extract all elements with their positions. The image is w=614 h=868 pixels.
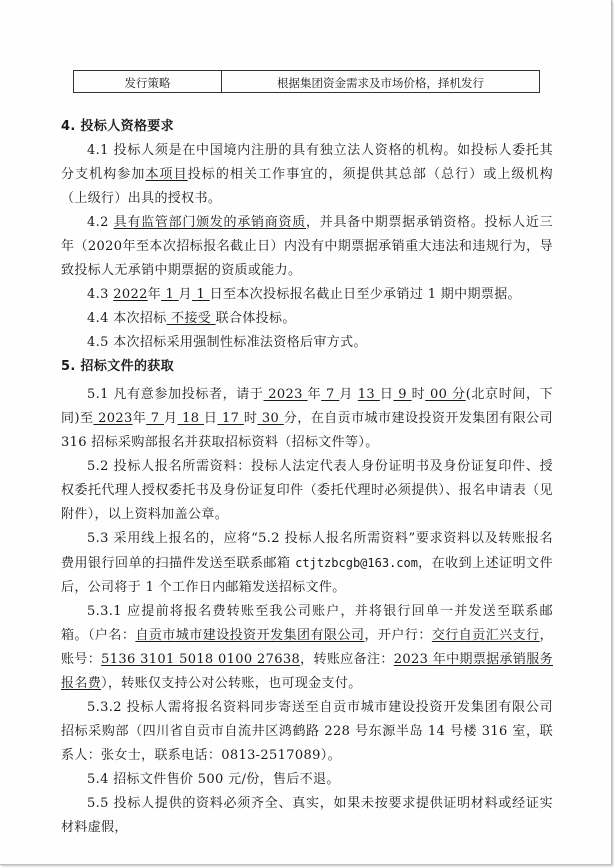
section-heading-4: 4. 投标人资格要求 [61, 115, 553, 139]
paragraph-5-3-1: 5.3.1 应提前将报名费转账至我公司账户，并将银行回单一并发送至联系邮箱。（户… [61, 600, 553, 696]
text: 5.1 凡有意参加投标者，请于 [87, 387, 264, 402]
underlined-value: 7 [321, 387, 339, 402]
underlined-month: 1 [161, 287, 179, 302]
text: 时 [412, 387, 426, 402]
underlined-value: 30 [257, 411, 283, 426]
text: 年 [148, 287, 161, 302]
underlined-value: 13 [358, 387, 380, 402]
text: ），转账仅支持公对公转账，也可现金支付。 [101, 676, 362, 691]
paragraph-4-3: 4.3 2022年 1 月 1 日至本次投标报名截止日至少承销过 1 期中期票据… [61, 283, 553, 307]
paragraph-5-1: 5.1 凡有意参加投标者，请于 2023 年 7 月 13 日 9 时 00 分… [61, 383, 553, 455]
underlined-value: 2023 [93, 411, 132, 426]
text: 联合体投标。 [216, 311, 296, 326]
contact-email: ctjtzbcgb@163.com [295, 556, 418, 570]
text: 日至本次投标报名截止日至少承销过 1 期中期票据。 [210, 287, 521, 302]
text: 年 [308, 387, 322, 402]
bank-name: 交行自贡汇兴支行 [432, 628, 540, 643]
text: ，转账应备注： [300, 652, 394, 667]
paragraph-4-5: 4.5 本次招标采用强制性标准法资格后审方式。 [61, 331, 553, 355]
text: 月 [164, 411, 177, 426]
table-cell-label: 发行策略 [74, 71, 222, 92]
table-cell-value: 根据集团资金需求及市场价格，择机发行 [222, 71, 539, 92]
account-name: 自贡市城市建设投资开发集团有限公司 [135, 628, 364, 643]
paragraph-5-3: 5.3 采用线上报名的，应将“5.2 投标人报名所需资料”要求资料以及转账报名费… [61, 527, 553, 600]
underlined-day: 1 [192, 287, 210, 302]
underlined-text: 不接受 [167, 311, 216, 326]
paragraph-5-2: 5.2 投标人报名所需资料：投标人法定代表人身份证明书及身份证复印件、授权委托代… [61, 455, 553, 527]
paragraph-5-5: 5.5 投标人提供的资料必须齐全、真实，如果未按要求提供证明材料或经证实材料虚假… [61, 792, 553, 840]
underlined-value: 2023 [264, 387, 308, 402]
section-heading-5: 5. 招标文件的获取 [61, 355, 553, 379]
text: 时 [244, 411, 257, 426]
account-number: 5136 3101 5018 0100 27638 [101, 652, 300, 667]
paragraph-4-2: 4.2 具有监管部门颁发的承销商资质，并具备中期票据承销资格。投标人近三年（20… [61, 211, 553, 283]
text: 月 [179, 287, 192, 302]
document-page: 发行策略 根据集团资金需求及市场价格，择机发行 4. 投标人资格要求 4.1 投… [0, 0, 612, 865]
underlined-value: 17 [217, 411, 243, 426]
issuance-table: 发行策略 根据集团资金需求及市场价格，择机发行 [73, 70, 540, 93]
text: 4.3 [87, 287, 113, 302]
paragraph-4-4: 4.4 本次招标 不接受 联合体投标。 [61, 307, 553, 331]
document-body: 4. 投标人资格要求 4.1 投标人须是在中国境内注册的具有独立法人资格的机构。… [61, 115, 553, 840]
text: ，开户行： [364, 628, 431, 643]
text: 日 [380, 387, 394, 402]
paragraph-5-4: 5.4 招标文件售价 500 元/份，售后不退。 [61, 768, 553, 792]
underlined-value: 9 [393, 387, 411, 402]
underlined-value: 00 分 [425, 387, 465, 402]
underlined-year: 2022 [113, 287, 147, 302]
text: 年 [133, 411, 147, 426]
underlined-value: 7 [146, 411, 164, 426]
underlined-text: 具有监管部门颁发的承销商资质 [114, 215, 306, 230]
paragraph-4-1: 4.1 投标人须是在中国境内注册的具有独立法人资格的机构。如投标人委托其分支机构… [61, 139, 553, 211]
text: 4.2 [87, 215, 114, 230]
underlined-text: 本项目 [145, 167, 187, 182]
text: 4.4 本次招标 [87, 311, 167, 326]
underlined-value: 18 [177, 411, 203, 426]
paragraph-5-3-2: 5.3.2 投标人需将报名资料同步寄送至自贡市城市建设投资开发集团有限公司招标采… [61, 696, 553, 768]
text: 月 [339, 387, 357, 402]
text: 日 [204, 411, 217, 426]
